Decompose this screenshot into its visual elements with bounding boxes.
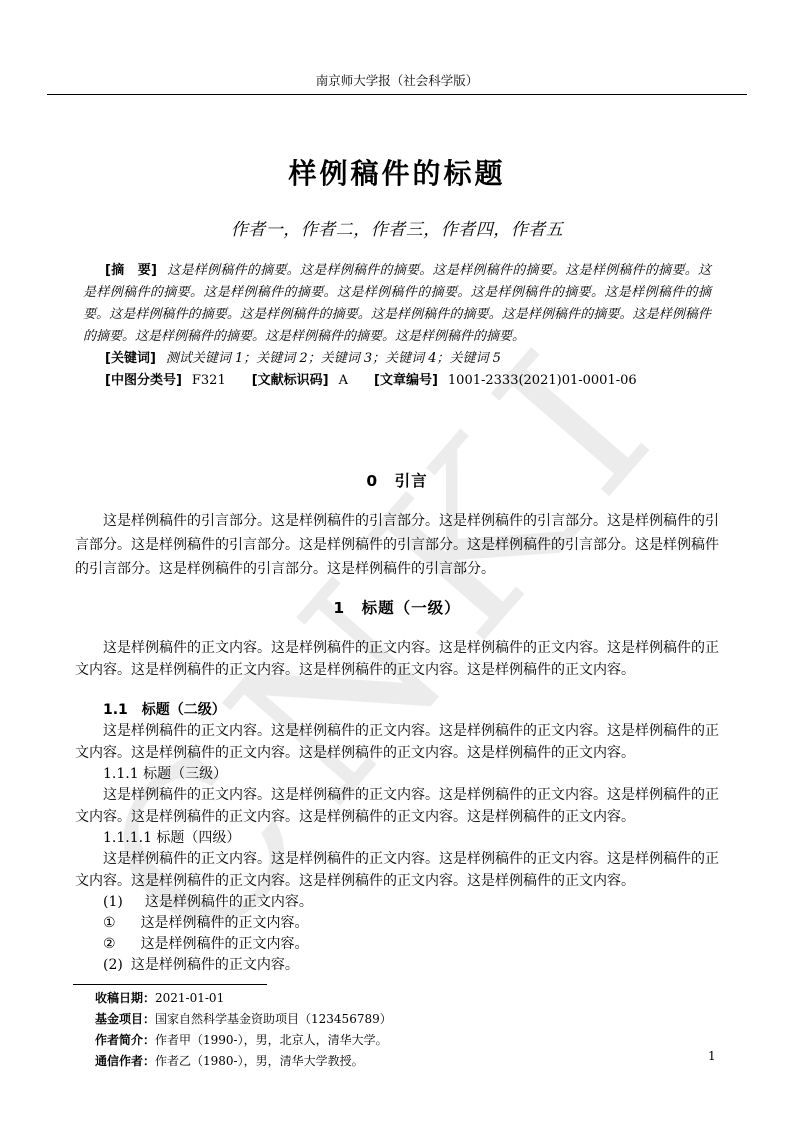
abstract-paragraph: [摘 要]这是样例稿件的摘要。这是样例稿件的摘要。这是样例稿件的摘要。这是样例稿…: [83, 260, 711, 348]
keywords-label: [关键词]: [105, 351, 156, 366]
clc-label: [中图分类号]: [105, 373, 182, 388]
article-content: 样例稿件的标题 作者一，作者二，作者三，作者四，作者五 [摘 要]这是样例稿件的…: [75, 156, 719, 976]
abstract-label: [摘 要]: [105, 263, 157, 278]
footnote-text: 作者甲（1990-），男，北京人，清华大学。: [155, 1033, 388, 1047]
footnote-author-bio: 作者简介：作者甲（1990-），男，北京人，清华大学。: [75, 1030, 719, 1051]
header-rule: [47, 94, 747, 95]
section-heading-intro: 0 引言: [75, 470, 719, 492]
classification-line: [中图分类号]F321[文献标识码]A[文章编号]1001-2333(2021)…: [83, 370, 711, 392]
footnote-label: 通信作者：: [95, 1054, 155, 1068]
list-marker: (1): [103, 894, 123, 910]
article-authors: 作者一，作者二，作者三，作者四，作者五: [75, 218, 719, 242]
list-text: 这是样例稿件的正文内容。: [141, 936, 309, 952]
article-no-label: [文章编号]: [374, 373, 438, 388]
footnote-text: 国家自然科学基金资助项目（123456789）: [155, 1012, 392, 1026]
body-paragraph: 这是样例稿件的正文内容。这是样例稿件的正文内容。这是样例稿件的正文内容。这是样例…: [75, 720, 719, 764]
list-text: 这是样例稿件的正文内容。: [131, 957, 299, 973]
footnote-text: 2021-01-01: [155, 991, 224, 1005]
footnote-received-date: 收稿日期：2021-01-01: [75, 988, 719, 1009]
list-item: (2)这是样例稿件的正文内容。: [75, 955, 719, 976]
list-item: (1)这是样例稿件的正文内容。: [75, 892, 719, 913]
journal-running-header: 南京师大学报（社会科学版）: [0, 73, 794, 89]
list-marker: ①: [103, 915, 116, 931]
list-text: 这是样例稿件的正文内容。: [145, 894, 313, 910]
clc-value: F321: [192, 373, 226, 388]
article-no-value: 1001-2333(2021)01-0001-06: [448, 373, 637, 388]
list-item: ②这是样例稿件的正文内容。: [75, 934, 719, 955]
footnote-funding: 基金项目：国家自然科学基金资助项目（123456789）: [75, 1009, 719, 1030]
article-meta-block: [摘 要]这是样例稿件的摘要。这是样例稿件的摘要。这是样例稿件的摘要。这是样例稿…: [75, 260, 719, 392]
numbered-list: (1)这是样例稿件的正文内容。 ①这是样例稿件的正文内容。 ②这是样例稿件的正文…: [75, 892, 719, 976]
body-paragraph: 这是样例稿件的正文内容。这是样例稿件的正文内容。这是样例稿件的正文内容。这是样例…: [75, 637, 719, 681]
section-heading-level4: 1.1.1.1 标题（四级）: [75, 828, 719, 848]
intro-paragraph: 这是样例稿件的引言部分。这是样例稿件的引言部分。这是样例稿件的引言部分。这是样例…: [75, 509, 719, 581]
keywords-paragraph: [关键词]测试关键词 1；关键词 2；关键词 3；关键词 4；关键词 5: [83, 348, 711, 370]
article-title: 样例稿件的标题: [75, 156, 719, 192]
body-paragraph: 这是样例稿件的正文内容。这是样例稿件的正文内容。这是样例稿件的正文内容。这是样例…: [75, 848, 719, 892]
section-heading-level3: 1.1.1 标题（三级）: [75, 764, 719, 784]
body-paragraph: 这是样例稿件的正文内容。这是样例稿件的正文内容。这是样例稿件的正文内容。这是样例…: [75, 784, 719, 828]
footnote-label: 收稿日期：: [95, 991, 155, 1005]
document-page: CNKI 南京师大学报（社会科学版） 样例稿件的标题 作者一，作者二，作者三，作…: [0, 0, 794, 1123]
list-text: 这是样例稿件的正文内容。: [141, 915, 309, 931]
footnote-corresponding-author: 通信作者：作者乙（1980-），男，清华大学教授。: [75, 1051, 719, 1072]
doc-code-label: [文献标识码]: [252, 373, 329, 388]
section-heading-level2: 1.1 标题（二级）: [75, 700, 719, 720]
footnote-text: 作者乙（1980-），男，清华大学教授。: [155, 1054, 364, 1068]
list-marker: ②: [103, 936, 116, 952]
list-item: ①这是样例稿件的正文内容。: [75, 913, 719, 934]
doc-code-value: A: [339, 373, 348, 388]
footnote-label: 基金项目：: [95, 1012, 155, 1026]
footnote-label: 作者简介：: [95, 1033, 155, 1047]
footnote-lines: 收稿日期：2021-01-01 基金项目：国家自然科学基金资助项目（123456…: [75, 988, 719, 1072]
section-heading-level1: 1 标题（一级）: [75, 597, 719, 619]
footnote-rule: [73, 984, 267, 985]
footnote-block: 收稿日期：2021-01-01 基金项目：国家自然科学基金资助项目（123456…: [75, 984, 719, 1072]
keywords-text: 测试关键词 1；关键词 2；关键词 3；关键词 4；关键词 5: [166, 351, 501, 366]
page-number: 1: [708, 1048, 716, 1064]
list-marker: (2): [103, 957, 123, 973]
abstract-text: 这是样例稿件的摘要。这是样例稿件的摘要。这是样例稿件的摘要。这是样例稿件的摘要。…: [83, 263, 711, 344]
